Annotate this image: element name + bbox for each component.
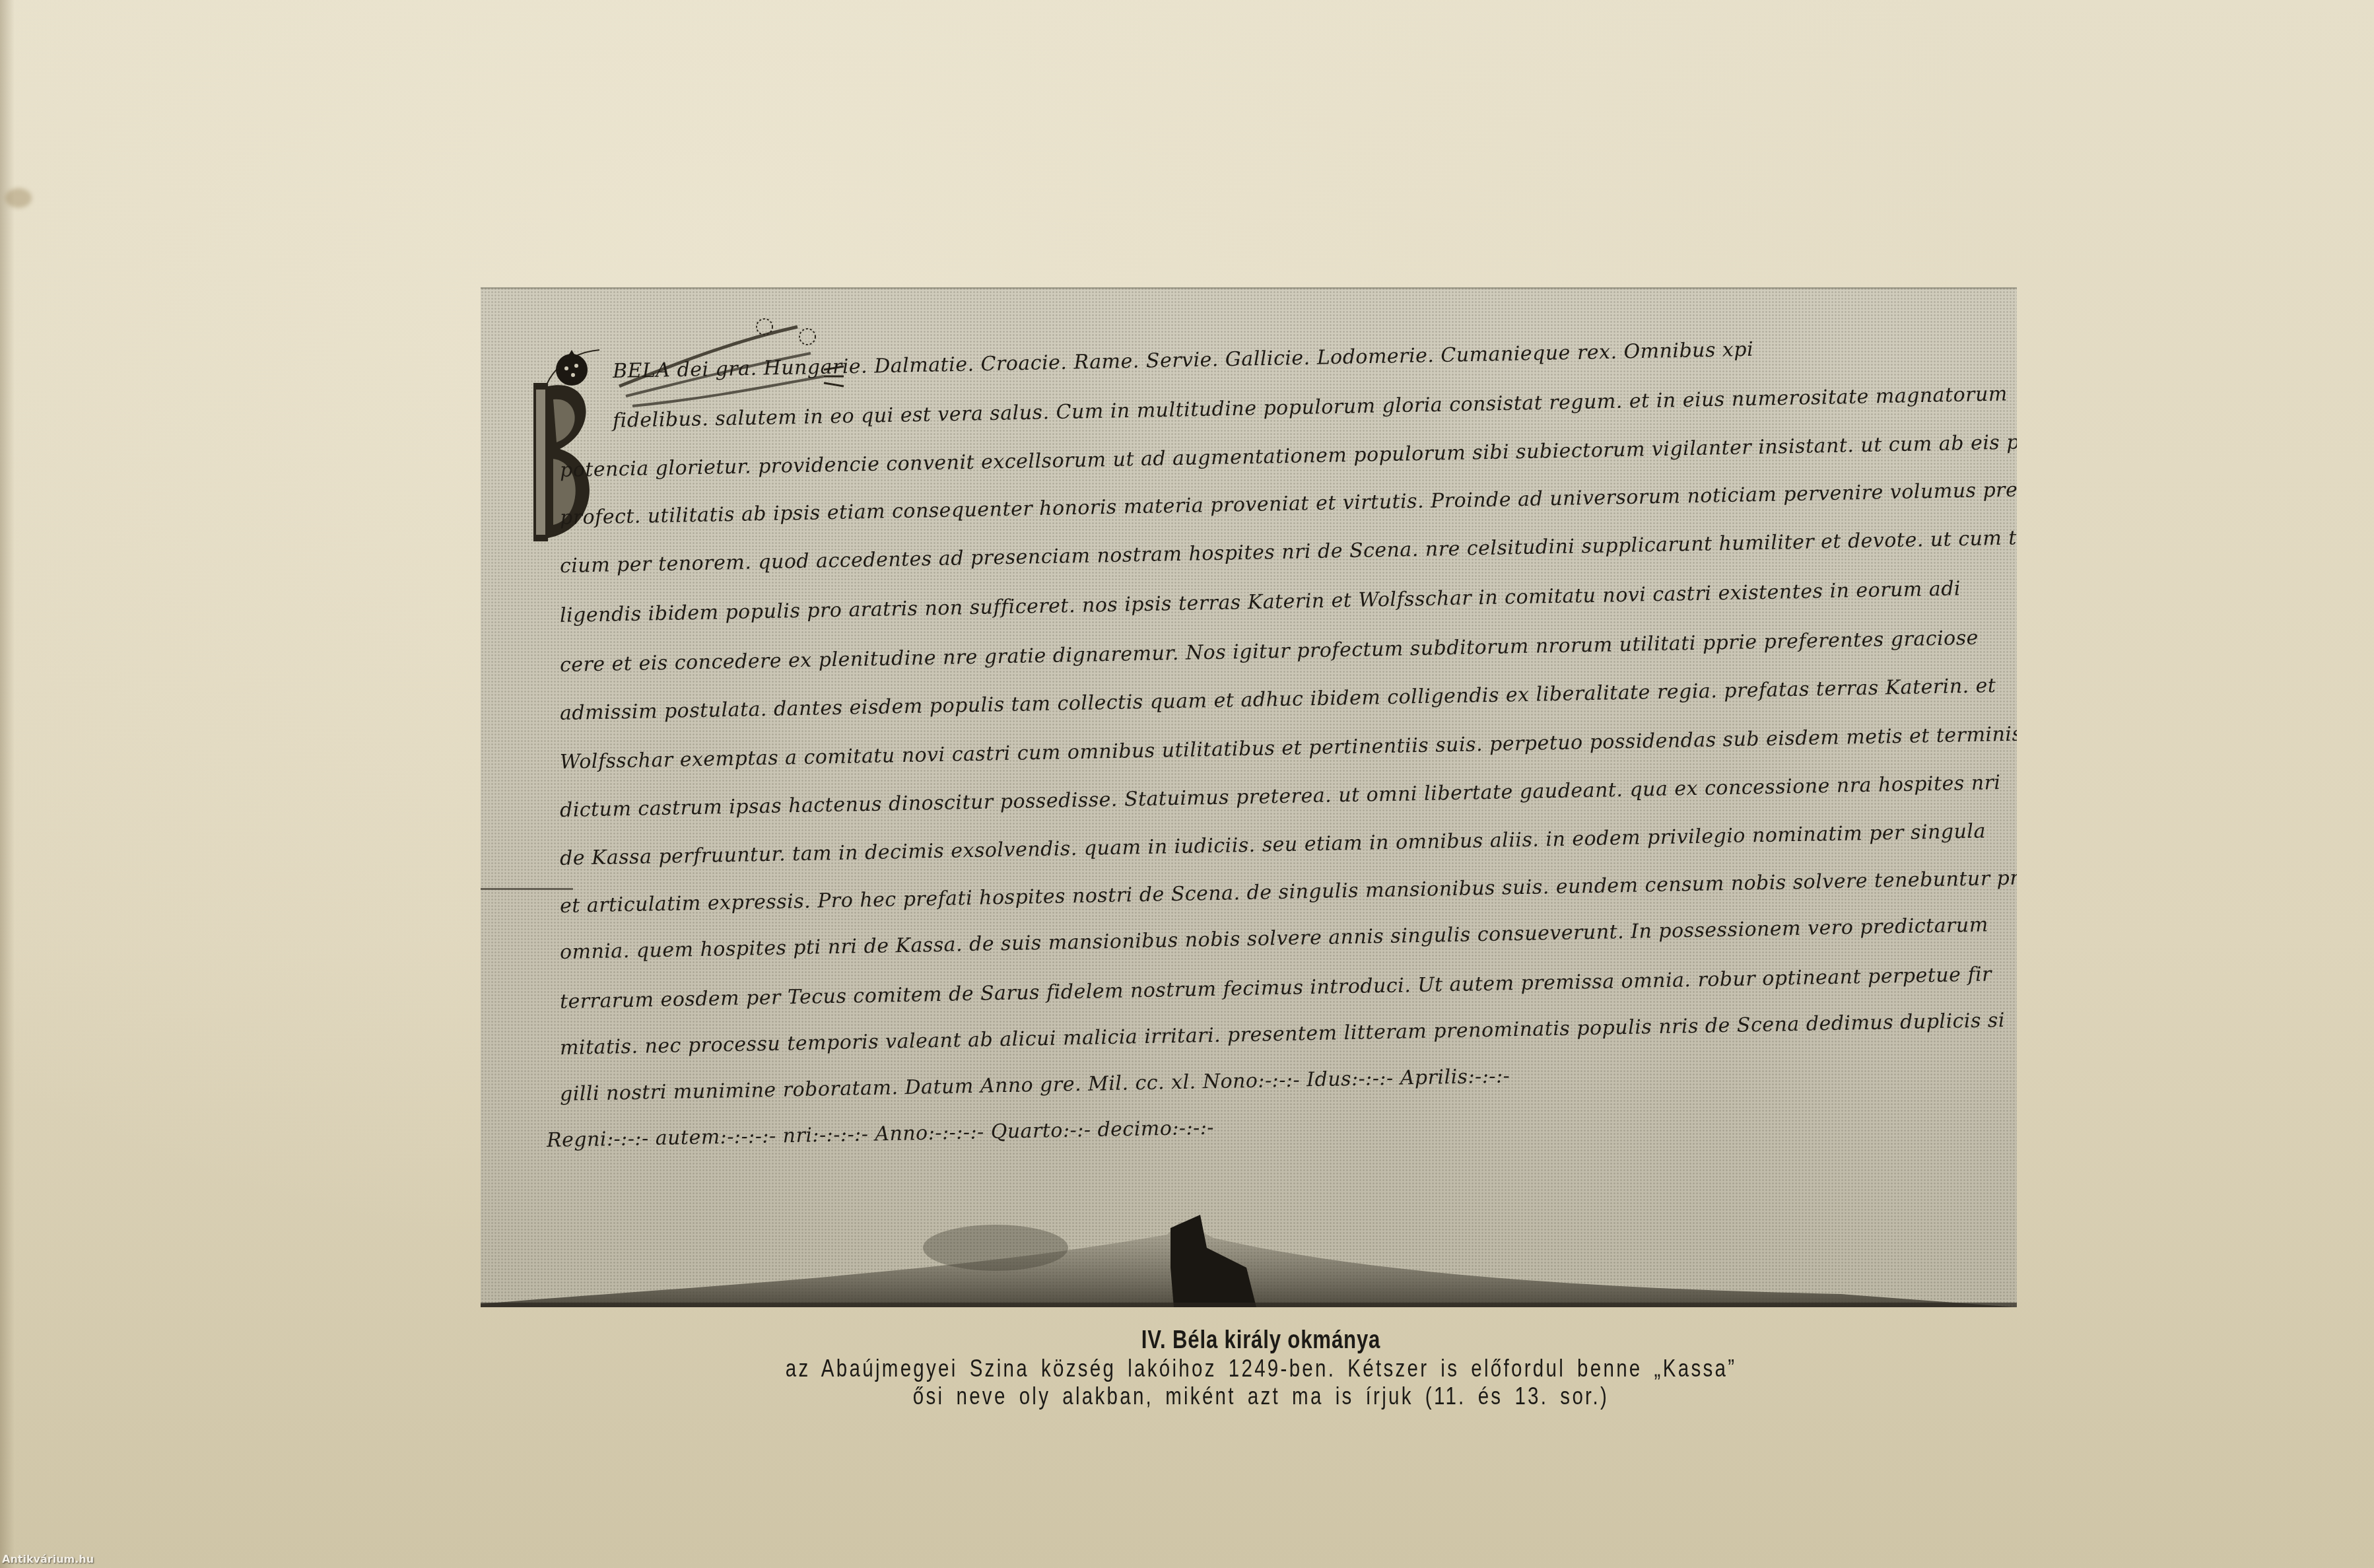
fold-mark [481, 888, 573, 890]
seal-tag-shadow [481, 1208, 2017, 1307]
caption-line-2: ősi neve oly alakban, miként azt ma is í… [703, 1382, 1818, 1410]
plate-caption: IV. Béla király okmánya az Abaújmegyei S… [581, 1326, 1941, 1410]
manuscript-line: de Kassa perfruuntur. tam in decimis exs… [560, 820, 1986, 870]
plate-edge [481, 287, 2017, 289]
manuscript-line: dictum castrum ipsas hactenus dinoscitur… [560, 771, 2001, 822]
manuscript-line: profect. utilitatis ab ipsis etiam conse… [560, 478, 2017, 529]
manuscript-line: admissim postulata. dantes eisdem populi… [560, 674, 1996, 725]
watermark: Antikvárium.hu [2, 1553, 94, 1565]
manuscript-line: gilli nostri munimine roboratam. Datum A… [560, 1064, 1510, 1106]
manuscript-line: mitatis. nec processu temporis valeant a… [560, 1009, 2006, 1060]
manuscript-line: cium per tenorem. quod accedentes ad pre… [560, 524, 2017, 578]
manuscript-line: Regni:-:-:- autem:-:-:-:- nri:-:-:-:- An… [547, 1116, 1215, 1152]
manuscript-line: potencia glorietur. providencie convenit… [560, 430, 2017, 482]
page-edge-shadow [0, 0, 15, 1568]
paper-stain [5, 188, 32, 208]
manuscript-line: et articulatim expressis. Pro hec prefat… [560, 866, 2017, 918]
manuscript-line: omnia. quem hospites pti nri de Kassa. d… [560, 913, 1988, 964]
manuscript-line: Wolfsschar exemptas a comitatu novi cast… [560, 722, 2017, 774]
caption-title: IV. Béla király okmánya [703, 1326, 1818, 1355]
caption-line-1: az Abaújmegyei Szina község lakóihoz 124… [703, 1355, 1818, 1382]
document-photograph: BELA dei gra. Hungarie. Dalmatie. Croaci… [481, 287, 2017, 1307]
manuscript-line: terrarum eosdem per Tecus comitem de Sar… [560, 963, 1992, 1013]
manuscript-line: ligendis ibidem populis pro aratris non … [560, 577, 1961, 627]
manuscript-line: cere et eis concedere ex plenitudine nre… [560, 627, 1979, 677]
